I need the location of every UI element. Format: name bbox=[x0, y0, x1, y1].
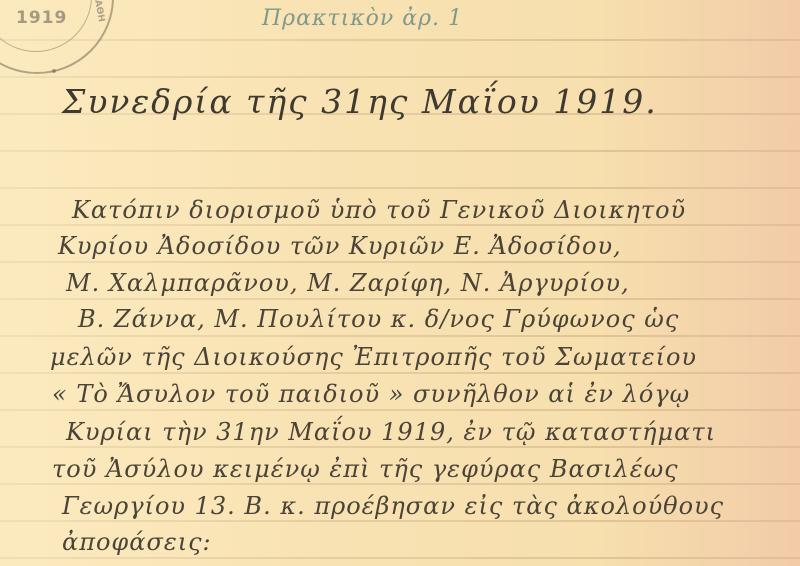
body-line-5: μελῶν τῆς Διοικούσης Ἐπιτροπῆς τοῦ Σωματ… bbox=[50, 343, 697, 371]
body-line-4: Β. Ζάννα, Μ. Πουλίτου κ. δ/νος Γρύφωνος … bbox=[78, 305, 679, 333]
body-line-6: « Τὸ Ἄσυλον τοῦ παιδιοῦ » συνῆλθον αἱ ἐν… bbox=[52, 380, 690, 408]
body-line-3: Μ. Χαλμπαρᾶνου, Μ. Ζαρίφη, Ν. Ἀργυρίου, bbox=[66, 269, 630, 297]
body-line-1: Κατόπιν διορισμοῦ ὑπὸ τοῦ Γενικοῦ Διοικη… bbox=[72, 196, 686, 224]
body-line-8: τοῦ Ἀσύλου κειμένῳ ἐπὶ τῆς γεφύρας Βασιλ… bbox=[52, 455, 679, 483]
body-line-10: ἀποφάσεις: bbox=[62, 528, 212, 556]
body-line-7: Κυρίαι τὴν 31ην Μαΐου 1919, ἐν τῷ καταστ… bbox=[66, 418, 716, 446]
manuscript-page: 1919 ΑΘΗ Πρακτικὸν ἀρ. 1 Συνεδρία τῆς 31… bbox=[0, 0, 800, 566]
page-title: Συνεδρία τῆς 31ης Μαΐου 1919. bbox=[62, 82, 658, 121]
body-line-2: Κυρίου Ἀδοσίδου τῶν Κυριῶν Ε. Ἀδοσίδου, bbox=[58, 232, 622, 260]
stamp-dot bbox=[52, 69, 56, 73]
stamp-year: 1919 bbox=[16, 8, 67, 28]
body-line-9: Γεωργίου 13. Β. κ. προέβησαν εἰς τὰς ἀκο… bbox=[62, 492, 724, 520]
header-note: Πρακτικὸν ἀρ. 1 bbox=[262, 6, 463, 31]
